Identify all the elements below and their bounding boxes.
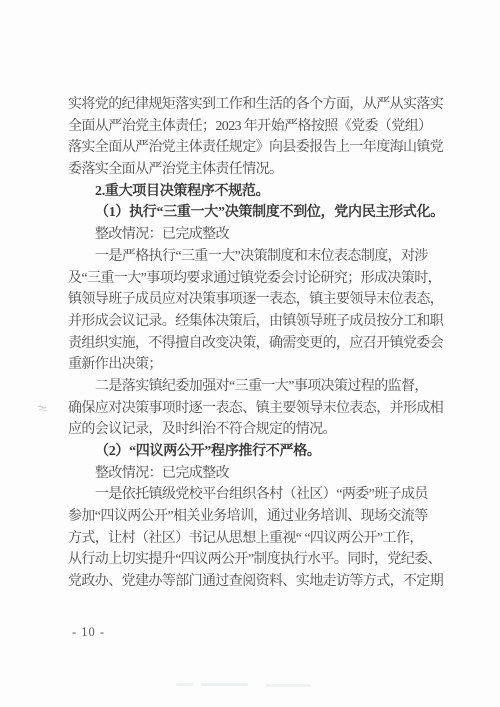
scan-smudge <box>266 684 311 687</box>
pen-mark-icon <box>37 404 49 412</box>
text-line: 一是严格执行“三重一大”决策制度和末位表态制度，对涉 <box>68 246 446 268</box>
text-line: 一是依托镇级党校平台组织各村（社区）“两委”班子成员 <box>68 484 446 506</box>
text-line: 参加“四议两公开”相关业务培训，通过业务培训、现场交流等 <box>68 506 446 528</box>
text-line: 重新作出决策； <box>68 354 446 376</box>
text-line: 全面从严治党主体责任；2023 年开始严格按照《党委（党组） <box>68 116 446 138</box>
section-heading: （1）执行“三重一大”决策制度不到位，党内民主形式化。 <box>68 202 446 224</box>
body-text: 实将党的纪律规矩落实到工作和生活的各个方面，从严从实落实 全面从严治党主体责任；… <box>68 94 446 593</box>
text-line: 委落实全面从严治党主体责任情况。 <box>68 159 446 181</box>
text-line: 方式，让村（社区）书记从思想上重视“ “四议两公开”工作， <box>68 528 446 550</box>
text-line: 及“三重一大”事项均要求通过镇党委会讨论研究；形成决策时， <box>68 268 446 290</box>
text-line: 并形成会议记录。经集体决策后，由镇领导班子成员按分工和职 <box>68 311 446 333</box>
document-page: 实将党的纪律规矩落实到工作和生活的各个方面，从严从实落实 全面从严治党主体责任；… <box>0 0 500 707</box>
section-heading: （2）“四议两公开”程序推行不严格。 <box>68 441 446 463</box>
text-line: 党政办、党建办等部门通过查阅资料、实地走访等方式，不定期 <box>68 571 446 593</box>
text-line: 镇领导班子成员应对决策事项逐一表态，镇主要领导末位表态， <box>68 289 446 311</box>
text-line: 整改情况：已完成整改 <box>68 463 446 485</box>
text-line: 从行动上切实提升“四议两公开”制度执行水平。同时，党纪委、 <box>68 549 446 571</box>
text-line: 责组织实施，不得擅自改变决策，确需变更的，应召开镇党委会 <box>68 333 446 355</box>
text-line: 实将党的纪律规矩落实到工作和生活的各个方面，从严从实落实 <box>68 94 446 116</box>
text-line: 二是落实镇纪委加强对“三重一大”事项决策过程的监督， <box>68 376 446 398</box>
text-line: 应的会议记录，及时纠治不符合规定的情况。 <box>68 419 446 441</box>
scan-smudge <box>201 683 248 686</box>
page-number: - 10 - <box>72 625 105 640</box>
section-heading: 2.重大项目决策程序不规范。 <box>68 181 446 203</box>
text-line: 落实全面从严治党主体责任规定》向县委报告上一年度海山镇党 <box>68 137 446 159</box>
text-line: 整改情况：已完成整改 <box>68 224 446 246</box>
text-line: 确保应对决策事项时逐一表态、镇主要领导末位表态，并形成相 <box>68 398 446 420</box>
scan-smudge <box>176 683 193 686</box>
